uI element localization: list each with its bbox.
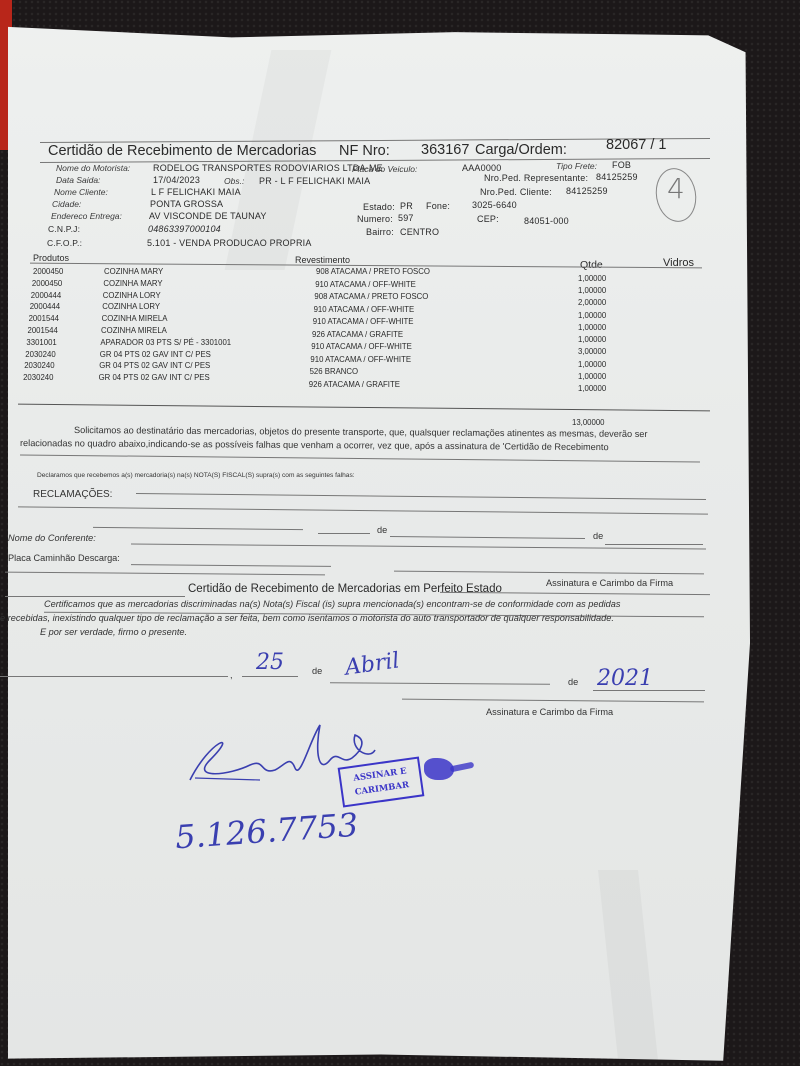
conferente-label: Nome do Conferente: bbox=[8, 533, 96, 543]
product-revestimento: 926 ATACAMA / GRAFITE bbox=[309, 380, 400, 389]
product-qtde: 1,00000 bbox=[578, 311, 606, 320]
cfop-value: 5.101 - VENDA PRODUCAO PROPRIA bbox=[147, 238, 312, 248]
product-revestimento: 910 ATACAMA / OFF-WHITE bbox=[314, 305, 415, 314]
placa-value: AAA0000 bbox=[462, 163, 501, 173]
product-description: COZINHA MIRELA bbox=[102, 314, 168, 323]
endereco-value: AV VISCONDE DE TAUNAY bbox=[149, 211, 267, 221]
product-qtde: 1,00000 bbox=[578, 360, 606, 369]
product-qtde: 1,00000 bbox=[578, 372, 606, 381]
col-header-produtos: Produtos bbox=[33, 253, 69, 263]
handwritten-day: 25 bbox=[256, 650, 284, 675]
de-label: de bbox=[377, 525, 387, 535]
carga-label: Carga/Ordem: bbox=[475, 142, 567, 158]
product-qtde: 1,00000 bbox=[578, 384, 606, 393]
reclamacoes-label: RECLAMAÇÕES: bbox=[33, 489, 112, 500]
place-line[interactable] bbox=[0, 676, 228, 677]
tipo-frete-label: Tipo Frete: bbox=[556, 161, 597, 171]
obs-label: Obs.: bbox=[224, 176, 244, 186]
product-description: APARADOR 03 PTS S/ PÉ - 3301001 bbox=[100, 338, 231, 347]
nro-ped-cli-value: 84125259 bbox=[566, 186, 608, 196]
product-code: 2030240 bbox=[23, 373, 53, 382]
motorista-value: RODELOG TRANSPORTES RODOVIARIOS LTDA-ME bbox=[153, 163, 383, 173]
perfect-state-title: Certidão de Recebimento de Mercadorias e… bbox=[188, 583, 502, 595]
nf-number: 363167 bbox=[421, 142, 469, 158]
de-label: de bbox=[312, 666, 322, 676]
cliente-value: L F FELICHAKI MAIA bbox=[151, 187, 241, 197]
placa-descarga-label: Placa Caminhão Descarga: bbox=[8, 553, 120, 563]
cnpj-label: C.N.P.J: bbox=[48, 224, 80, 234]
bairro-label: Bairro: bbox=[366, 227, 394, 237]
signature-caption: Assinatura e Carimbo da Firma bbox=[546, 578, 673, 588]
product-qtde: 3,00000 bbox=[578, 347, 606, 356]
day-line[interactable] bbox=[318, 533, 370, 534]
bairro-value: CENTRO bbox=[400, 227, 439, 237]
product-code: 2000444 bbox=[30, 302, 60, 311]
nro-ped-cli-label: Nro.Ped. Cliente: bbox=[480, 187, 552, 197]
obs-value: PR - L F FELICHAKI MAIA bbox=[259, 176, 370, 186]
fone-label: Fone: bbox=[426, 201, 450, 211]
motorista-label: Nome do Motorista: bbox=[56, 163, 130, 173]
comma: , bbox=[230, 670, 233, 680]
total-qtde: 13,00000 bbox=[572, 418, 605, 427]
product-description: GR 04 PTS 02 GAV INT C/ PES bbox=[99, 373, 210, 382]
col-header-revestimento: Revestimento bbox=[295, 255, 350, 265]
product-qtde: 1,00000 bbox=[578, 323, 606, 332]
signature-caption: Assinatura e Carimbo da Firma bbox=[486, 707, 613, 717]
day-line[interactable] bbox=[242, 676, 298, 677]
product-revestimento: 926 ATACAMA / GRAFITE bbox=[312, 330, 403, 339]
product-qtde: 1,00000 bbox=[578, 274, 606, 283]
product-code: 2000450 bbox=[32, 279, 62, 288]
product-description: COZINHA LORY bbox=[102, 302, 160, 311]
declaration-text: Declaramos que recebemos a(s) mercadoria… bbox=[37, 472, 355, 479]
perfect-line-2: e recebidas, inexistindo qualquer tipo d… bbox=[0, 613, 614, 623]
product-code: 2030240 bbox=[25, 350, 55, 359]
product-revestimento: 910 ATACAMA / OFF-WHITE bbox=[315, 280, 416, 289]
product-revestimento: 908 ATACAMA / PRETO FOSCO bbox=[314, 292, 428, 301]
year-line[interactable] bbox=[605, 544, 703, 545]
product-code: 2000450 bbox=[33, 267, 63, 276]
data-saida-label: Data Saida: bbox=[56, 175, 100, 185]
product-description: GR 04 PTS 02 GAV INT C/ PES bbox=[100, 350, 211, 359]
handwritten-year: 2021 bbox=[597, 666, 653, 691]
product-description: COZINHA LORY bbox=[103, 291, 161, 300]
carga-number: 82067 / 1 bbox=[606, 137, 666, 153]
nro-ped-rep-label: Nro.Ped. Representante: bbox=[484, 173, 588, 183]
product-description: COZINHA MIRELA bbox=[101, 326, 167, 335]
pencil-number: 4 bbox=[667, 172, 685, 205]
cep-value: 84051-000 bbox=[524, 216, 569, 226]
de-label: de bbox=[593, 531, 603, 541]
product-code: 2000444 bbox=[31, 291, 61, 300]
cliente-label: Nome Cliente: bbox=[54, 187, 108, 197]
product-qtde: 1,00000 bbox=[578, 286, 606, 295]
document-title: Certidão de Recebimento de Mercadorias bbox=[48, 143, 316, 159]
product-code: 2001544 bbox=[28, 326, 58, 335]
data-saida-value: 17/04/2023 bbox=[153, 175, 200, 185]
product-qtde: 1,00000 bbox=[578, 335, 606, 344]
nf-label: NF Nro: bbox=[339, 143, 390, 159]
placa-label: Placa do Veiculo: bbox=[352, 164, 417, 174]
cnpj-value: 04863397000104 bbox=[148, 224, 221, 234]
product-revestimento: 910 ATACAMA / OFF-WHITE bbox=[313, 317, 414, 326]
product-code: 2001544 bbox=[29, 314, 59, 323]
col-header-qtde: Qtde bbox=[580, 259, 603, 271]
paper-crease bbox=[598, 870, 658, 1060]
numero-value: 597 bbox=[398, 213, 414, 223]
perfect-line-3: E por ser verdade, firmo o presente. bbox=[40, 627, 187, 637]
de-label: de bbox=[568, 677, 578, 687]
product-qtde: 2,00000 bbox=[578, 298, 606, 307]
fone-value: 3025-6640 bbox=[472, 200, 517, 210]
nro-ped-rep-value: 84125259 bbox=[596, 172, 638, 182]
product-code: 3301001 bbox=[26, 338, 56, 347]
cidade-value: PONTA GROSSA bbox=[150, 199, 223, 209]
product-code: 2030240 bbox=[24, 361, 54, 370]
tipo-frete-value: FOB bbox=[612, 160, 631, 170]
estado-value: PR bbox=[400, 201, 413, 211]
product-revestimento: 910 ATACAMA / OFF-WHITE bbox=[311, 342, 412, 351]
cep-label: CEP: bbox=[477, 214, 499, 224]
estado-label: Estado: bbox=[363, 202, 395, 212]
endereco-label: Endereco Entrega: bbox=[51, 211, 122, 221]
cidade-label: Cidade: bbox=[52, 199, 81, 209]
product-description: GR 04 PTS 02 GAV INT C/ PES bbox=[99, 361, 210, 370]
product-description: COZINHA MARY bbox=[104, 267, 163, 276]
product-revestimento: 910 ATACAMA / OFF-WHITE bbox=[310, 355, 411, 364]
cfop-label: C.F.O.P.: bbox=[47, 238, 82, 248]
product-description: COZINHA MARY bbox=[103, 279, 162, 288]
perfect-line-1: Certificamos que as mercadorias discrimi… bbox=[44, 599, 621, 609]
numero-label: Numero: bbox=[357, 214, 393, 224]
rule bbox=[5, 596, 185, 597]
product-revestimento: 526 BRANCO bbox=[310, 367, 359, 376]
product-revestimento: 908 ATACAMA / PRETO FOSCO bbox=[316, 267, 430, 276]
